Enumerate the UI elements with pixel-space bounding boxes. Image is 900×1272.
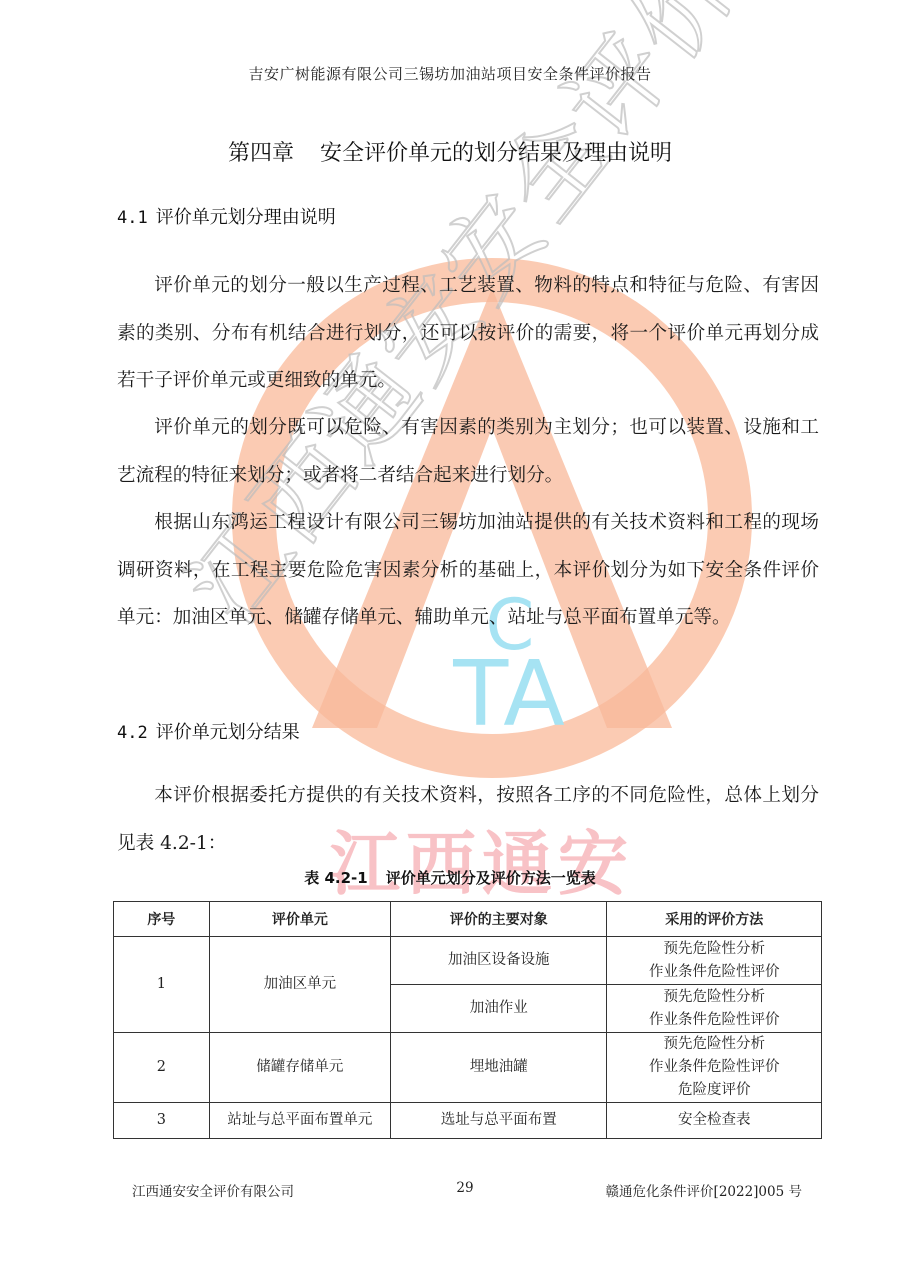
table-row: 2 储罐存储单元 埋地油罐 预先危险性分析 作业条件危险性评价 危险度评价 xyxy=(114,1033,822,1103)
chapter-number: 第四章 xyxy=(228,141,294,166)
method-item: 预先危险性分析 xyxy=(611,938,817,961)
section-heading-4-1: 4.1评价单元划分理由说明 xyxy=(117,203,336,229)
paragraph: 评价单元的划分一般以生产过程、工艺装置、物料的特点和特征与危险、有害因素的类别、… xyxy=(117,262,819,405)
cell-methods: 安全检查表 xyxy=(607,1103,822,1139)
method-item: 预先危险性分析 xyxy=(611,986,817,1009)
cell-methods: 预先危险性分析 作业条件危险性评价 xyxy=(607,937,822,985)
cell-unit: 站址与总平面布置单元 xyxy=(209,1103,390,1139)
document-page: C TA 江西通安 江西通安安全评价有限公司 吉安广树能源有限公司三锡坊加油站项… xyxy=(0,0,900,1272)
paragraph: 评价单元的划分既可以危险、有害因素的类别为主划分；也可以装置、设施和工艺流程的特… xyxy=(117,404,819,499)
table-caption-number: 表 4.2-1 xyxy=(304,869,367,887)
method-item: 预先危险性分析 xyxy=(611,1033,817,1056)
column-header-object: 评价的主要对象 xyxy=(391,902,607,937)
section-title: 评价单元划分结果 xyxy=(156,722,300,743)
evaluation-units-table: 序号 评价单元 评价的主要对象 采用的评价方法 1 加油区单元 加油区设备设施 … xyxy=(113,901,822,1139)
column-header-unit: 评价单元 xyxy=(209,902,390,937)
column-header-method: 采用的评价方法 xyxy=(607,902,822,937)
method-item: 作业条件危险性评价 xyxy=(611,1056,817,1079)
column-header-no: 序号 xyxy=(114,902,210,937)
table-caption-title: 评价单元划分及评价方法一览表 xyxy=(386,869,596,887)
method-item: 危险度评价 xyxy=(611,1079,817,1102)
cell-object: 加油区设备设施 xyxy=(391,937,607,985)
cell-no: 2 xyxy=(114,1033,210,1103)
cell-methods: 预先危险性分析 作业条件危险性评价 危险度评价 xyxy=(607,1033,822,1103)
paragraph: 本评价根据委托方提供的有关技术资料，按照各工序的不同危险性，总体上划分见表 4.… xyxy=(117,772,819,867)
section-number: 4.1 xyxy=(117,208,148,228)
cell-object: 加油作业 xyxy=(391,985,607,1033)
cell-object: 埋地油罐 xyxy=(391,1033,607,1103)
footer-report-number: 赣通危化条件评价[2022]005 号 xyxy=(606,1180,802,1200)
cell-unit: 储罐存储单元 xyxy=(209,1033,390,1103)
cell-no: 1 xyxy=(114,937,210,1033)
method-item: 安全检查表 xyxy=(611,1109,817,1132)
paragraph: 根据山东鸿运工程设计有限公司三锡坊加油站提供的有关技术资料和工程的现场调研资料，… xyxy=(117,499,819,642)
section-heading-4-2: 4.2评价单元划分结果 xyxy=(117,718,300,744)
chapter-title-text: 安全评价单元的划分结果及理由说明 xyxy=(320,141,672,166)
table-header-row: 序号 评价单元 评价的主要对象 采用的评价方法 xyxy=(114,902,822,937)
cell-no: 3 xyxy=(114,1103,210,1139)
section-number: 4.2 xyxy=(117,723,148,743)
section-title: 评价单元划分理由说明 xyxy=(156,207,336,228)
method-item: 作业条件危险性评价 xyxy=(611,1009,817,1032)
table-row: 3 站址与总平面布置单元 选址与总平面布置 安全检查表 xyxy=(114,1103,822,1139)
table-row: 1 加油区单元 加油区设备设施 预先危险性分析 作业条件危险性评价 xyxy=(114,937,822,985)
method-item: 作业条件危险性评价 xyxy=(611,961,817,984)
table-caption: 表 4.2-1评价单元划分及评价方法一览表 xyxy=(0,867,900,888)
running-header: 吉安广树能源有限公司三锡坊加油站项目安全条件评价报告 xyxy=(0,63,900,84)
chapter-title: 第四章安全评价单元的划分结果及理由说明 xyxy=(0,136,900,167)
cell-object: 选址与总平面布置 xyxy=(391,1103,607,1139)
cell-unit: 加油区单元 xyxy=(209,937,390,1033)
cell-methods: 预先危险性分析 作业条件危险性评价 xyxy=(607,985,822,1033)
watermark-letters-ta: TA xyxy=(450,650,570,740)
